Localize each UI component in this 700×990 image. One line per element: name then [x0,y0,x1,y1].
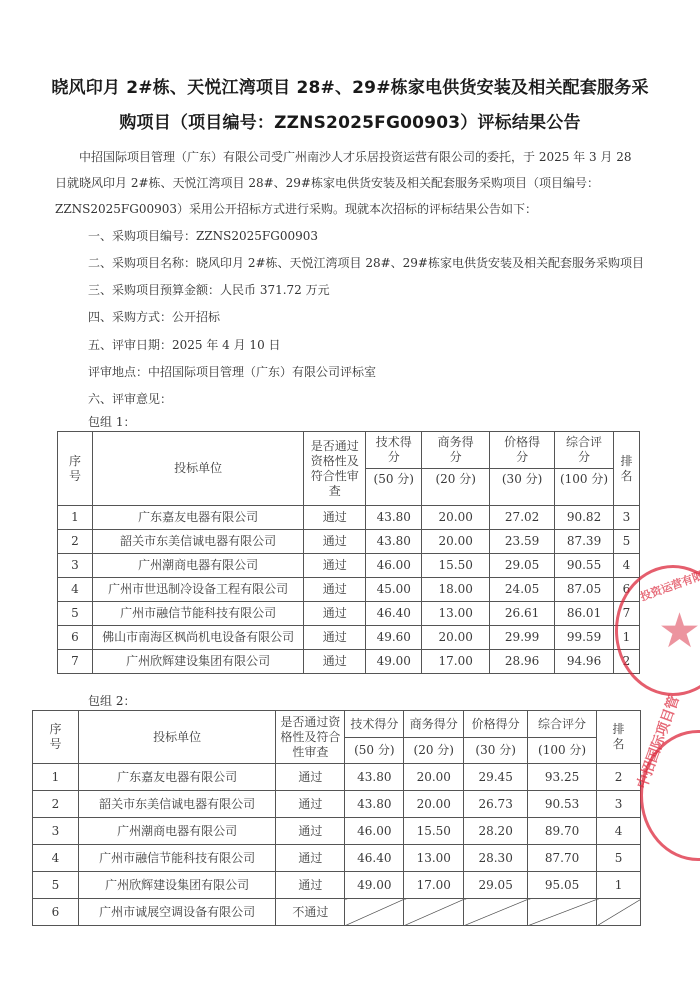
header-total: 综合评分 [528,711,597,738]
cell-no: 3 [33,818,79,845]
package1-table: 序号 投标单位 是否通过资格性及符合性审查 技术得分 商务得分 价格得分 综合评… [57,431,640,674]
cell-tech: 49.00 [345,872,404,899]
cell-total [528,899,597,926]
cell-rank [597,899,641,926]
cell-tech: 43.80 [345,764,404,791]
cell-no: 6 [33,899,79,926]
cell-qualified: 通过 [276,818,345,845]
cell-rank: 4 [597,818,641,845]
item-project-no: 一、采购项目编号：ZZNS2025FG00903 [88,227,318,244]
cell-no: 7 [58,650,93,674]
cell-total: 87.70 [528,845,597,872]
star-icon: ★ [658,603,700,659]
cell-rank: 3 [597,791,641,818]
item-project-name: 二、采购项目名称：晓风印月 2#栋、天悦江湾项目 28#、29#栋家电供货安装及… [88,254,644,271]
client-seal-text: 投资运营有限公司 [638,559,700,604]
header-total: 综合评分 [555,432,614,469]
table-row: 7广州欣辉建设集团有限公司通过49.0017.0028.9694.962 [58,650,640,674]
cell-no: 4 [33,845,79,872]
cell-rank: 1 [597,872,641,899]
table-row: 2韶关市东美信诚电器有限公司通过43.8020.0023.5987.395 [58,530,640,554]
cell-bidder: 广东嘉友电器有限公司 [92,506,303,530]
cell-tech: 46.40 [366,602,422,626]
cell-biz: 20.00 [404,764,464,791]
header-bidder: 投标单位 [92,432,303,506]
cell-total: 90.55 [555,554,614,578]
header-total-max: (100 分) [555,469,614,506]
cell-tech [345,899,404,926]
cell-total: 99.59 [555,626,614,650]
package2-table: 序号 投标单位 是否通过资格性及符合性审查 技术得分 商务得分 价格得分 综合评… [32,710,641,926]
cell-biz: 15.50 [422,554,490,578]
cell-price: 29.99 [490,626,555,650]
cell-bidder: 广州市融信节能科技有限公司 [92,602,303,626]
table-row: 1广东嘉友电器有限公司通过43.8020.0029.4593.252 [33,764,641,791]
header-tech-max: (50 分) [366,469,422,506]
table-row: 1广东嘉友电器有限公司通过43.8020.0027.0290.823 [58,506,640,530]
cell-rank: 5 [614,530,640,554]
header-biz-max: (20 分) [422,469,490,506]
cell-biz: 20.00 [422,530,490,554]
cell-price: 29.05 [464,872,528,899]
cell-bidder: 广州潮商电器有限公司 [92,554,303,578]
cell-qualified: 通过 [304,626,366,650]
cell-tech: 43.80 [366,506,422,530]
table-row: 4广州市融信节能科技有限公司通过46.4013.0028.3087.705 [33,845,641,872]
cell-no: 4 [58,578,93,602]
header-no: 序号 [58,432,93,506]
cell-total: 87.39 [555,530,614,554]
cell-tech: 46.00 [366,554,422,578]
cell-biz [404,899,464,926]
cell-rank: 6 [614,578,640,602]
table-row: 3广州潮商电器有限公司通过46.0015.5028.2089.704 [33,818,641,845]
cell-tech: 45.00 [366,578,422,602]
header-qualified: 是否通过资格性及符合性审查 [304,432,366,506]
cell-price: 29.05 [490,554,555,578]
header-biz: 商务得分 [404,711,464,738]
header-tech-max: (50 分) [345,738,404,764]
package1-label: 包组 1： [88,413,135,430]
cell-qualified: 通过 [276,791,345,818]
cell-qualified: 通过 [304,530,366,554]
cell-rank: 5 [597,845,641,872]
item-opinion: 六、评审意见： [88,390,172,407]
cell-bidder: 广州欣辉建设集团有限公司 [78,872,275,899]
header-price: 价格得分 [464,711,528,738]
cell-qualified: 通过 [304,554,366,578]
cell-rank: 2 [597,764,641,791]
cell-biz: 20.00 [422,506,490,530]
cell-tech: 46.40 [345,845,404,872]
header-no: 序号 [33,711,79,764]
title-line-1: 晓风印月 2#栋、天悦江湾项目 28#、29#栋家电供货安装及相关配套服务采 [0,73,700,98]
header-qualified: 是否通过资格性及符合性审查 [276,711,345,764]
cell-no: 2 [33,791,79,818]
header-price-max: (30 分) [490,469,555,506]
cell-biz: 20.00 [404,791,464,818]
intro-line-3: ZZNS2025FG00903）采用公开招标方式进行采购。现就本次招标的评标结果… [55,196,655,222]
cell-total: 95.05 [528,872,597,899]
cell-price: 28.30 [464,845,528,872]
intro-paragraph: 中招国际项目管理（广东）有限公司受广州南沙人才乐居投资运营有限公司的委托，于 2… [55,144,655,222]
header-bidder: 投标单位 [78,711,275,764]
cell-no: 1 [33,764,79,791]
header-rank: 排名 [614,432,640,506]
cell-biz: 18.00 [422,578,490,602]
cell-price: 27.02 [490,506,555,530]
cell-bidder: 广州市融信节能科技有限公司 [78,845,275,872]
header-biz: 商务得分 [422,432,490,469]
cell-rank: 3 [614,506,640,530]
cell-tech: 43.80 [345,791,404,818]
table-row: 2韶关市东美信诚电器有限公司通过43.8020.0026.7390.533 [33,791,641,818]
cell-qualified: 通过 [276,872,345,899]
header-biz-max: (20 分) [404,738,464,764]
table-row: 6广州市诚展空调设备有限公司不通过 [33,899,641,926]
agent-seal-stamp: 中招国际项目管 [640,730,700,861]
cell-biz: 13.00 [404,845,464,872]
cell-bidder: 广州市诚展空调设备有限公司 [78,899,275,926]
cell-bidder: 佛山市南海区枫尚机电设备有限公司 [92,626,303,650]
cell-total: 90.82 [555,506,614,530]
table-row: 3广州潮商电器有限公司通过46.0015.5029.0590.554 [58,554,640,578]
cell-rank: 4 [614,554,640,578]
item-review-date: 五、评审日期：2025 年 4 月 10 日 [88,336,281,353]
intro-line-1: 中招国际项目管理（广东）有限公司受广州南沙人才乐居投资运营有限公司的委托，于 2… [55,144,655,170]
table-row: 5广州市融信节能科技有限公司通过46.4013.0026.6186.017 [58,602,640,626]
header-price: 价格得分 [490,432,555,469]
cell-no: 5 [58,602,93,626]
cell-bidder: 韶关市东美信诚电器有限公司 [78,791,275,818]
cell-rank: 7 [614,602,640,626]
cell-tech: 49.00 [366,650,422,674]
cell-total: 86.01 [555,602,614,626]
cell-total: 90.53 [528,791,597,818]
header-total-max: (100 分) [528,738,597,764]
cell-price: 26.61 [490,602,555,626]
table-row: 5广州欣辉建设集团有限公司通过49.0017.0029.0595.051 [33,872,641,899]
item-review-place: 评审地点：中招国际项目管理（广东）有限公司评标室 [88,363,376,380]
cell-biz: 15.50 [404,818,464,845]
package2-label: 包组 2： [88,692,135,709]
cell-no: 3 [58,554,93,578]
cell-bidder: 广州欣辉建设集团有限公司 [92,650,303,674]
cell-price: 28.96 [490,650,555,674]
intro-line-2: 日就晓风印月 2#栋、天悦江湾项目 28#、29#栋家电供货安装及相关配套服务采… [55,170,655,196]
item-method: 四、采购方式：公开招标 [88,308,220,325]
cell-tech: 46.00 [345,818,404,845]
cell-price: 29.45 [464,764,528,791]
cell-qualified: 通过 [304,578,366,602]
cell-total: 94.96 [555,650,614,674]
table-row: 4广州市世迅制冷设备工程有限公司通过45.0018.0024.0587.056 [58,578,640,602]
header-tech: 技术得分 [345,711,404,738]
cell-total: 87.05 [555,578,614,602]
cell-price: 26.73 [464,791,528,818]
cell-total: 89.70 [528,818,597,845]
cell-qualified: 通过 [276,845,345,872]
header-rank: 排名 [597,711,641,764]
cell-total: 93.25 [528,764,597,791]
cell-qualified: 不通过 [276,899,345,926]
cell-tech: 49.60 [366,626,422,650]
cell-price: 24.05 [490,578,555,602]
cell-qualified: 通过 [276,764,345,791]
header-price-max: (30 分) [464,738,528,764]
cell-rank: 1 [614,626,640,650]
cell-no: 6 [58,626,93,650]
cell-no: 2 [58,530,93,554]
cell-bidder: 广州潮商电器有限公司 [78,818,275,845]
cell-bidder: 韶关市东美信诚电器有限公司 [92,530,303,554]
header-tech: 技术得分 [366,432,422,469]
cell-biz: 17.00 [404,872,464,899]
cell-qualified: 通过 [304,506,366,530]
item-budget: 三、采购项目预算金额：人民币 371.72 万元 [88,281,330,298]
cell-tech: 43.80 [366,530,422,554]
table-row: 6佛山市南海区枫尚机电设备有限公司通过49.6020.0029.9999.591 [58,626,640,650]
cell-biz: 20.00 [422,626,490,650]
title-line-2: 购项目（项目编号：ZZNS2025FG00903）评标结果公告 [0,108,700,133]
cell-no: 5 [33,872,79,899]
cell-qualified: 通过 [304,602,366,626]
cell-price: 23.59 [490,530,555,554]
cell-price [464,899,528,926]
cell-biz: 17.00 [422,650,490,674]
cell-qualified: 通过 [304,650,366,674]
cell-bidder: 广州市世迅制冷设备工程有限公司 [92,578,303,602]
cell-bidder: 广东嘉友电器有限公司 [78,764,275,791]
cell-price: 28.20 [464,818,528,845]
cell-rank: 2 [614,650,640,674]
cell-biz: 13.00 [422,602,490,626]
cell-no: 1 [58,506,93,530]
